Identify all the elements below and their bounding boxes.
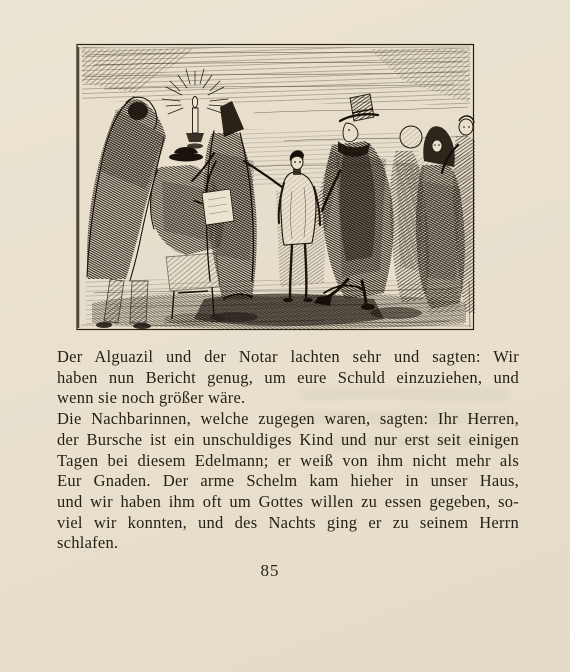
book-page: Der Alguazil und der Notar lachten sehr … <box>0 0 570 672</box>
body-text: Der Alguazil und der Notar lachten sehr … <box>57 347 519 554</box>
text-line: Der Alguazil und der Notar lachten sehr … <box>57 347 519 368</box>
etching-illustration <box>74 41 477 333</box>
text-line: Tagen bei diesem Edelmann; er weiß von i… <box>57 451 519 472</box>
text-line: Die Nachbarinnen, welche zugegen waren, … <box>57 409 519 430</box>
text-line: haben nun Bericht genug, um eure Schuld … <box>57 368 519 389</box>
text-line: und wir haben ihm oft um Gottes willen z… <box>57 492 519 513</box>
text-line: der Bursche ist ein unschuldiges Kind un… <box>57 430 519 451</box>
text-line: schlafen. <box>57 533 519 554</box>
text-line: viel wir konnten, und des Nachts ging er… <box>57 513 519 534</box>
page-number: 85 <box>0 561 540 581</box>
text-line: wenn sie noch größer wäre. <box>57 388 519 409</box>
text-line: Eur Gnaden. Der arme Schelm kam hieher i… <box>57 471 519 492</box>
